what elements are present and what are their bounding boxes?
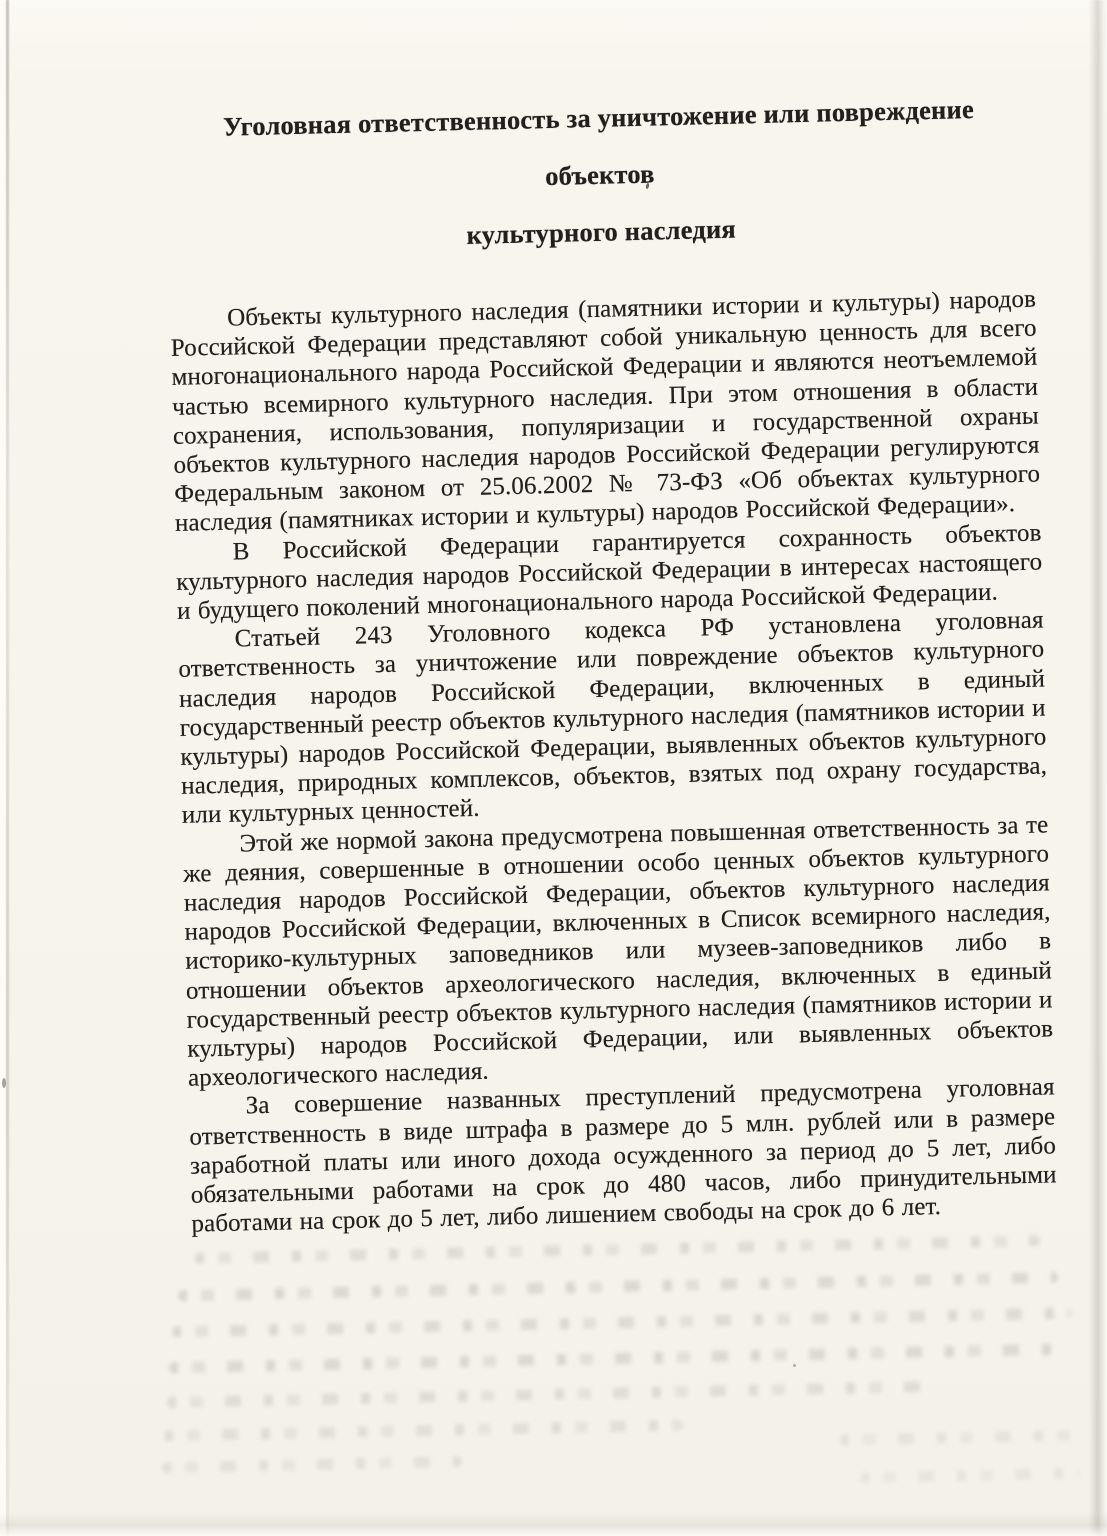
bleed-through-line <box>840 1429 1090 1445</box>
bleed-through-line <box>860 1468 1080 1484</box>
scan-right-edge-shadow <box>1089 0 1107 1536</box>
document-content: Уголовная ответственность за уничтожение… <box>165 80 1058 1240</box>
scan-speck <box>2 1078 6 1088</box>
scan-speck <box>793 1364 796 1367</box>
paragraph-aggravated-liability: Этой же нормой закона предусмотрена повы… <box>182 810 1054 1093</box>
paragraph-intro: Объекты культурного наследия (памятники … <box>170 285 1041 539</box>
bleed-through-line <box>167 1381 932 1408</box>
title-line-1: Уголовная ответственность за уничтожение… <box>165 80 1033 214</box>
scan-bottom-edge-shadow <box>0 1512 1107 1536</box>
document-title: Уголовная ответственность за уничтожение… <box>165 80 1035 271</box>
bleed-through-line <box>162 1456 462 1473</box>
bleed-through-line <box>172 1308 1072 1338</box>
bleed-through-line <box>169 1344 1061 1374</box>
bleed-through-line <box>195 1235 1040 1264</box>
scan-left-edge-line <box>6 0 9 1536</box>
bleed-through-line <box>178 1272 1058 1301</box>
bleed-through-line <box>164 1420 684 1442</box>
paragraph-article-243: Статьей 243 Уголовного кодекса РФ устано… <box>177 606 1048 831</box>
paragraph-penalties: За совершение названных преступлений пре… <box>188 1073 1057 1239</box>
scanned-document-page: Уголовная ответственность за уничтожение… <box>0 0 1107 1536</box>
